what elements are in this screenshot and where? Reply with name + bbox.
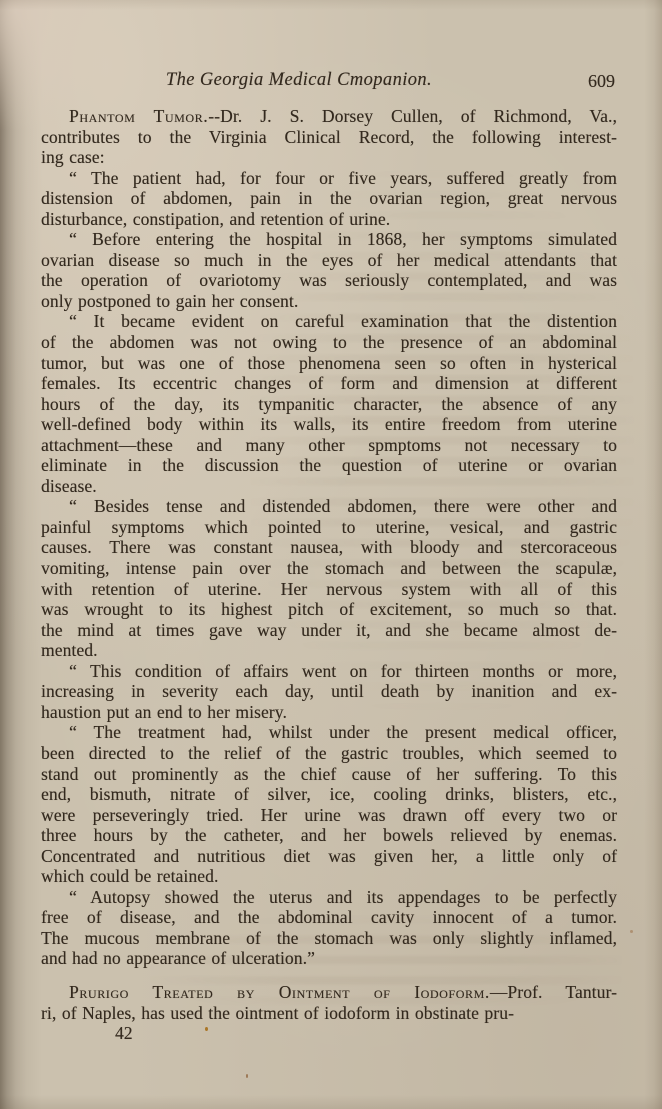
text-line: only postponed to gain her consent. <box>41 291 617 312</box>
page-edge-shadow <box>0 0 662 10</box>
text-line: mented. <box>41 640 617 661</box>
paragraph: “ It became evident on careful examinati… <box>41 311 617 496</box>
text-line: “ Autopsy showed the uterus and its appe… <box>41 887 617 908</box>
text-line: were perseveringly tried. Her urine was … <box>41 805 617 826</box>
paper-speck <box>246 1074 248 1078</box>
text-line: three hours by the catheter, and her bow… <box>41 825 617 846</box>
paragraph: “ This condition of affairs went on for … <box>41 661 617 723</box>
paper-speck <box>630 930 633 933</box>
text-line: causes. There was constant nausea, with … <box>41 537 617 558</box>
signature-mark: 42 <box>115 1023 617 1044</box>
page-number: 609 <box>588 71 615 92</box>
text-line: vomiting, intense pain over the stomach … <box>41 558 617 579</box>
text-line: been directed to the relief of the gastr… <box>41 743 617 764</box>
text-line: and had no appearance of ulceration.” <box>41 948 617 969</box>
paragraph: “ Before entering the hospital in 1868, … <box>41 229 617 311</box>
text-line: painful symptoms which pointed to uterin… <box>41 517 617 538</box>
text-line: stand out prominently as the chief cause… <box>41 764 617 785</box>
text-line: was wrought to its highest pitch of exci… <box>41 599 617 620</box>
article-heading: Phantom Tumor. <box>69 106 208 126</box>
paragraph: “ Besides tense and distended abdomen, t… <box>41 496 617 660</box>
text-line: of the abdomen was not owing to the pres… <box>41 332 617 353</box>
page-header: The Georgia Medical Cmopanion. 609 <box>41 70 617 98</box>
text-line: The mucous membrane of the stomach was o… <box>41 928 617 949</box>
text-line: “ It became evident on careful examinati… <box>41 311 617 332</box>
text-line: hours of the day, its tympanitic charact… <box>41 394 617 415</box>
text-line: well-defined body within its walls, its … <box>41 414 617 435</box>
text-line: free of disease, and the abdominal cavit… <box>41 907 617 928</box>
text-line: disease. <box>41 476 617 497</box>
text-line: the mind at times gave way under it, and… <box>41 620 617 641</box>
text-line: ovarian disease so much in the eyes of h… <box>41 250 617 271</box>
text-line: disturbance, constipation, and retention… <box>41 209 617 230</box>
text-line: the operation of ovariotomy was seriousl… <box>41 270 617 291</box>
text-line: distension of abdomen, pain in the ovari… <box>41 188 617 209</box>
text-line: females. Its eccentric changes of form a… <box>41 373 617 394</box>
page-edge-shadow <box>0 1095 662 1109</box>
text-line: attachment—these and many other spmptoms… <box>41 435 617 456</box>
text-line: “ Besides tense and distended abdomen, t… <box>41 496 617 517</box>
text-line: haustion put an end to her misery. <box>41 702 617 723</box>
text-line: Phantom Tumor.--Dr. J. S. Dorsey Cullen,… <box>41 106 617 127</box>
text-line: with retention of uterine. Her nervous s… <box>41 579 617 600</box>
paragraph: “ The treatment had, whilst under the pr… <box>41 722 617 886</box>
page-edge-shadow <box>644 0 662 1109</box>
gutter-shadow <box>0 0 42 1109</box>
text-line: Concentrated and nutritious diet was giv… <box>41 846 617 867</box>
paragraph: “ Autopsy showed the uterus and its appe… <box>41 887 617 969</box>
paragraphs-container: Phantom Tumor.--Dr. J. S. Dorsey Cullen,… <box>41 106 617 1023</box>
text-line: “ The treatment had, whilst under the pr… <box>41 722 617 743</box>
text-line: “ The patient had, for four or five year… <box>41 168 617 189</box>
text-block: Phantom Tumor.--Dr. J. S. Dorsey Cullen,… <box>41 106 617 1044</box>
text-line: ing case: <box>41 147 617 168</box>
text-line: increasing in severity each day, until d… <box>41 681 617 702</box>
journal-title: The Georgia Medical Cmopanion. <box>41 70 617 91</box>
text-line: “ This condition of affairs went on for … <box>41 661 617 682</box>
text-line: end, bismuth, nitrate of silver, ice, co… <box>41 784 617 805</box>
text-line: which could be retained. <box>41 866 617 887</box>
text-line: “ Before entering the hospital in 1868, … <box>41 229 617 250</box>
paragraph: Phantom Tumor.--Dr. J. S. Dorsey Cullen,… <box>41 106 617 168</box>
article-heading: Prurigo Treated by Ointment of Iodoform. <box>69 982 490 1002</box>
text-line: ri, of Naples, has used the ointment of … <box>41 1003 617 1024</box>
text-line: Prurigo Treated by Ointment of Iodoform.… <box>41 982 617 1003</box>
text-line: contributes to the Virginia Clinical Rec… <box>41 127 617 148</box>
text-line: eliminate in the discussion the question… <box>41 455 617 476</box>
paragraph: Prurigo Treated by Ointment of Iodoform.… <box>41 982 617 1023</box>
paragraph: “ The patient had, for four or five year… <box>41 168 617 230</box>
scanned-book-page: The Georgia Medical Cmopanion. 609 Phant… <box>0 0 662 1109</box>
text-line: tumor, but was one of those phenomena se… <box>41 353 617 374</box>
